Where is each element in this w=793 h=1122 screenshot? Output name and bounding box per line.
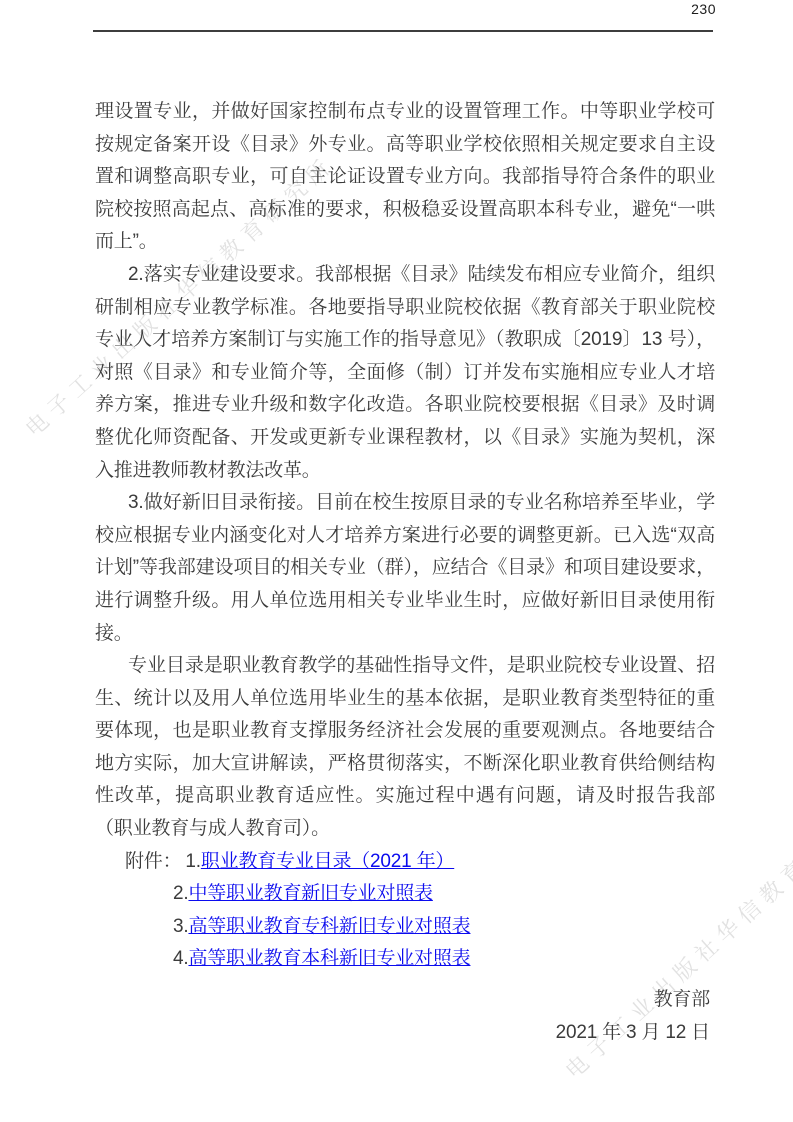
signature-organization: 教育部	[95, 984, 710, 1017]
header-divider	[93, 30, 713, 32]
link-underline-trail	[454, 846, 468, 879]
attachments-label: 附件：	[125, 846, 181, 879]
attachment-link-label: 职业教育专业目录（2021 年）	[201, 851, 454, 872]
attachment-row: 4. 高等职业教育本科新旧专业对照表	[95, 943, 715, 976]
paragraph: 理设置专业，并做好国家控制布点专业的设置管理工作。中等职业学校可按规定备案开设《…	[95, 96, 715, 259]
attachment-number: 1.	[185, 846, 200, 879]
paragraph: 专业目录是职业教育教学的基础性指导文件，是职业院校专业设置、招生、统计以及用人单…	[95, 650, 715, 846]
attachment-number: 4.	[173, 943, 188, 976]
attachment-row: 附件： 1. 职业教育专业目录（2021 年）	[95, 846, 715, 879]
paragraph: 2.落实专业建设要求。我部根据《目录》陆续发布相应专业简介，组织研制相应专业教学…	[95, 259, 715, 487]
document-body: 理设置专业，并做好国家控制布点专业的设置管理工作。中等职业学校可按规定备案开设《…	[95, 96, 715, 1049]
attachment-link-secondary-vocational-table[interactable]: 中等职业教育新旧专业对照表	[188, 878, 432, 911]
paragraph: 3.做好新旧目录衔接。目前在校生按原目录的专业名称培养至毕业，学校应根据专业内涵…	[95, 487, 715, 650]
page-number: 230	[691, 1, 716, 17]
attachment-number: 2.	[173, 878, 188, 911]
signature-date: 2021 年 3 月 12 日	[95, 1017, 710, 1050]
attachment-row: 2. 中等职业教育新旧专业对照表	[95, 878, 715, 911]
document-page: 230 电子工业出版社华信教育研究所 电子工业出版社华信教育研究所 理设置专业，…	[0, 0, 793, 1122]
attachments-list: 附件： 1. 职业教育专业目录（2021 年） 2. 中等职业教育新旧专业对照表…	[95, 846, 715, 976]
attachment-link-higher-vocational-benke-table[interactable]: 高等职业教育本科新旧专业对照表	[188, 943, 470, 976]
attachment-row: 3. 高等职业教育专科新旧专业对照表	[95, 911, 715, 944]
attachment-link-catalog-2021[interactable]: 职业教育专业目录（2021 年）	[201, 846, 468, 879]
attachment-link-higher-vocational-zhuanke-table[interactable]: 高等职业教育专科新旧专业对照表	[188, 911, 470, 944]
signature-block: 教育部 2021 年 3 月 12 日	[95, 984, 715, 1049]
attachment-number: 3.	[173, 911, 188, 944]
